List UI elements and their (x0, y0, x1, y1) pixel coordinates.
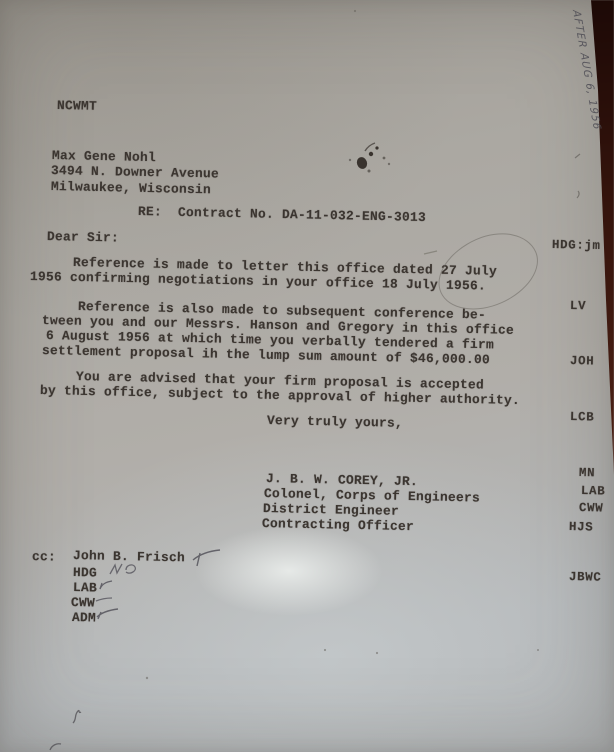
cc-recipient: LAB (73, 581, 97, 595)
closing: Very truly yours, (267, 414, 403, 431)
margin-note: JBWC (569, 570, 602, 585)
pen-speck (575, 154, 580, 198)
pen-squiggle (50, 711, 81, 750)
checkmark-icon (97, 609, 118, 619)
cc-recipient: CWW (71, 596, 95, 610)
margin-note: MN (579, 466, 595, 480)
margin-note: LCB (570, 410, 595, 425)
margin-note: LAB (581, 484, 606, 499)
scribble-icon (110, 564, 135, 574)
office-symbol: NCWMT (57, 99, 97, 114)
margin-note: JOH (570, 354, 595, 369)
margin-note: LV (570, 299, 586, 313)
letter-photo: NCWMT Max Gene Nohl 3494 N. Downer Avenu… (0, 0, 614, 752)
cc-recipient: HDG (73, 566, 97, 580)
salutation: Dear Sir: (47, 230, 119, 246)
signer-title: Contracting Officer (262, 517, 414, 534)
subject-line: RE: Contract No. DA-11-032-ENG-3013 (138, 205, 426, 225)
cc-recipient: John B. Frisch (73, 549, 185, 565)
margin-note: HJS (569, 520, 594, 535)
handwritten-corner-note: AFTER AUG 6, 1956 (571, 10, 602, 131)
ink-smudge (349, 143, 390, 173)
dash-mark-icon (96, 598, 112, 601)
margin-note: CWW (579, 501, 604, 516)
checkmark-icon (100, 581, 112, 589)
checkmark-icon (193, 550, 220, 566)
cc-label: cc: (32, 550, 56, 564)
cc-recipient: ADM (72, 611, 96, 625)
pen-dash (424, 251, 437, 254)
recipient-city: Milwaukee, Wisconsin (51, 180, 211, 197)
margin-note-initials: HDG:jm (552, 238, 601, 253)
